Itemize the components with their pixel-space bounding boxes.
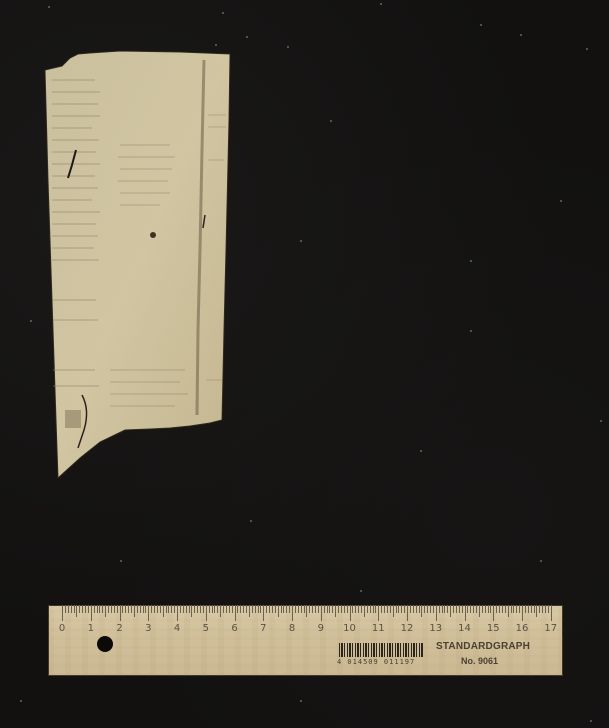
ruler-tick	[496, 605, 497, 613]
ruler-tick	[551, 605, 552, 621]
ruler-cm-label: 11	[368, 623, 388, 634]
ruler-tick	[396, 605, 397, 613]
ruler-tick	[453, 605, 454, 613]
ruler-tick	[545, 605, 546, 613]
ruler-tick	[488, 605, 489, 613]
ruler-tick	[232, 605, 233, 613]
ruler-tick	[298, 605, 299, 613]
ruler-tick	[212, 605, 213, 613]
ruler-tick	[513, 605, 514, 613]
ruler-tick	[539, 605, 540, 613]
ruler-tick	[430, 605, 431, 613]
ruler-tick	[511, 605, 512, 613]
ruler-cm-label: 15	[483, 623, 503, 634]
ruler-tick	[71, 605, 72, 613]
ruler-tick	[318, 605, 319, 613]
ruler-tick	[384, 605, 385, 613]
ruler-tick	[324, 605, 325, 613]
ruler-tick	[240, 605, 241, 613]
ruler-tick	[68, 605, 69, 613]
ruler-tick	[410, 605, 411, 613]
ruler-tick	[235, 605, 236, 621]
ruler-tick	[249, 605, 250, 617]
ruler-tick	[206, 605, 207, 621]
ruler-tick	[416, 605, 417, 613]
ruler-tick	[473, 605, 474, 613]
ruler-tick	[470, 605, 471, 613]
ruler-tick	[143, 605, 144, 613]
ruler-tick	[171, 605, 172, 613]
ruler-tick	[447, 605, 448, 613]
ruler-tick	[289, 605, 290, 613]
ruler-cm-label: 16	[512, 623, 532, 634]
barcode	[339, 643, 423, 657]
ruler-tick	[163, 605, 164, 617]
ruler-tick	[275, 605, 276, 613]
ruler-tick	[62, 605, 63, 621]
ruler-tick	[485, 605, 486, 613]
ruler-tick	[393, 605, 394, 617]
ruler-tick	[450, 605, 451, 617]
ruler-tick	[525, 605, 526, 613]
ruler-tick	[99, 605, 100, 613]
ruler-tick	[424, 605, 425, 613]
ruler-tick	[332, 605, 333, 613]
ruler-tick	[364, 605, 365, 617]
ruler-tick	[370, 605, 371, 613]
ruler-tick	[439, 605, 440, 613]
ruler-tick	[94, 605, 95, 613]
ruler-tick	[258, 605, 259, 613]
ruler-cm-label: 17	[541, 623, 561, 634]
ruler-tick	[390, 605, 391, 613]
ruler-tick	[209, 605, 210, 613]
ruler-model-number: No. 9061	[461, 656, 498, 666]
ruler-tick	[522, 605, 523, 621]
ruler-tick	[465, 605, 466, 621]
ruler-tick	[398, 605, 399, 613]
ruler-tick	[191, 605, 192, 617]
ruler-tick	[456, 605, 457, 613]
ruler-tick	[79, 605, 80, 613]
ruler-tick	[476, 605, 477, 613]
ruler-tick	[350, 605, 351, 621]
ruler-tick	[378, 605, 379, 621]
ruler-tick	[151, 605, 152, 613]
ruler-tick	[140, 605, 141, 613]
ruler-tick	[145, 605, 146, 613]
ruler-tick	[444, 605, 445, 613]
ruler-cm-label: 0	[52, 623, 72, 634]
ruler-tick	[214, 605, 215, 613]
ruler-tick	[186, 605, 187, 613]
ruler-tick	[197, 605, 198, 613]
ruler-cm-label: 6	[225, 623, 245, 634]
ruler-cm-label: 8	[282, 623, 302, 634]
ruler-tick	[373, 605, 374, 613]
ruler-tick	[490, 605, 491, 613]
ruler-tick	[367, 605, 368, 613]
ruler-tick	[117, 605, 118, 613]
ruler-tick	[341, 605, 342, 613]
ruler-tick	[148, 605, 149, 621]
ruler-cm-label: 7	[253, 623, 273, 634]
ruler-tick	[335, 605, 336, 617]
ruler-tick	[413, 605, 414, 613]
ruler-tick	[183, 605, 184, 613]
ruler-tick	[459, 605, 460, 613]
ruler-tick	[194, 605, 195, 613]
ruler-tick	[82, 605, 83, 613]
ruler-tick	[531, 605, 532, 613]
ruler-tick	[312, 605, 313, 613]
ruler-tick	[381, 605, 382, 613]
ruler-tick	[88, 605, 89, 613]
ruler-tick	[243, 605, 244, 613]
ruler-tick	[375, 605, 376, 613]
ruler-tick	[180, 605, 181, 613]
ruler-tick	[125, 605, 126, 613]
ruler-tick	[304, 605, 305, 613]
ruler-tick	[102, 605, 103, 613]
ruler-tick	[166, 605, 167, 613]
ruler-tick	[246, 605, 247, 613]
ruler-tick	[387, 605, 388, 613]
ruler-tick	[321, 605, 322, 621]
ruler-cm-label: 10	[340, 623, 360, 634]
ruler-tick	[269, 605, 270, 613]
ruler-cm-label: 4	[167, 623, 187, 634]
ruler-tick	[105, 605, 106, 617]
ruler-tick	[255, 605, 256, 613]
barcode-number: 4 014509 011197	[337, 658, 415, 666]
ruler-tick	[519, 605, 520, 613]
ruler-tick	[203, 605, 204, 613]
ruler-tick	[237, 605, 238, 613]
ruler-tick	[278, 605, 279, 617]
ruler-hang-hole	[97, 636, 113, 652]
ruler-tick	[436, 605, 437, 621]
ruler-tick	[347, 605, 348, 613]
ruler-tick	[327, 605, 328, 613]
ruler-tick	[338, 605, 339, 613]
ruler-tick	[301, 605, 302, 613]
ruler-tick	[292, 605, 293, 621]
ruler-cm-label: 3	[138, 623, 158, 634]
ruler-tick	[329, 605, 330, 613]
ruler-tick	[122, 605, 123, 613]
ruler-tick	[177, 605, 178, 621]
ruler-cm-label: 5	[196, 623, 216, 634]
ruler-cm-label: 9	[311, 623, 331, 634]
ruler-tick	[516, 605, 517, 613]
ruler-tick	[157, 605, 158, 613]
ruler-tick	[272, 605, 273, 613]
ruler-tick	[286, 605, 287, 613]
ruler-tick	[306, 605, 307, 617]
ruler-tick	[260, 605, 261, 613]
ruler-tick	[189, 605, 190, 613]
ruler-tick	[479, 605, 480, 617]
ruler-tick	[534, 605, 535, 613]
ruler-tick	[502, 605, 503, 613]
ruler-tick	[419, 605, 420, 613]
ruler-tick	[154, 605, 155, 613]
ruler-tick	[91, 605, 92, 621]
ruler-tick	[427, 605, 428, 613]
ruler-cm-label: 12	[397, 623, 417, 634]
ruler-tick	[462, 605, 463, 613]
ruler-tick	[223, 605, 224, 613]
ruler-tick	[542, 605, 543, 613]
ruler-tick	[200, 605, 201, 613]
ruler-tick	[85, 605, 86, 613]
ruler-tick	[252, 605, 253, 613]
ruler-tick	[134, 605, 135, 617]
ruler-tick	[217, 605, 218, 613]
ruler-tick	[401, 605, 402, 613]
ruler-tick	[281, 605, 282, 613]
ruler-tick	[226, 605, 227, 613]
ruler-tick	[220, 605, 221, 617]
ruler-tick	[168, 605, 169, 613]
ruler-tick	[352, 605, 353, 613]
ruler-tick	[229, 605, 230, 613]
ruler-cm-label: 1	[81, 623, 101, 634]
ruler-tick	[344, 605, 345, 613]
scale-ruler: 01234567891011121314151617 4 014509 0111…	[48, 605, 563, 676]
ruler-tick	[74, 605, 75, 613]
ruler-tick	[499, 605, 500, 613]
ruler-tick	[263, 605, 264, 621]
ruler-tick	[97, 605, 98, 613]
ruler-tick	[358, 605, 359, 613]
ruler-tick	[355, 605, 356, 613]
ruler-tick	[295, 605, 296, 613]
ruler-cm-label: 2	[110, 623, 130, 634]
ruler-tick	[114, 605, 115, 613]
ruler-tick	[548, 605, 549, 613]
ruler-tick	[137, 605, 138, 613]
ruler-tick	[421, 605, 422, 617]
ruler-tick	[76, 605, 77, 617]
ruler-tick	[467, 605, 468, 613]
ruler-tick	[536, 605, 537, 617]
ruler-tick	[65, 605, 66, 613]
ruler-tick	[108, 605, 109, 613]
ruler-tick	[361, 605, 362, 613]
ruler-tick	[407, 605, 408, 621]
ruler-tick	[315, 605, 316, 613]
ruler-cm-label: 14	[455, 623, 475, 634]
ruler-tick	[482, 605, 483, 613]
ruler-tick	[120, 605, 121, 621]
ruler-tick	[266, 605, 267, 613]
ruler-tick	[283, 605, 284, 613]
ruler-tick	[128, 605, 129, 613]
ruler-tick	[508, 605, 509, 617]
ruler-tick	[528, 605, 529, 613]
ruler-brand: STANDARDGRAPH	[436, 641, 530, 652]
ruler-tick	[493, 605, 494, 621]
ruler-tick	[404, 605, 405, 613]
ruler-tick	[433, 605, 434, 613]
ruler-tick	[131, 605, 132, 613]
ruler-tick	[309, 605, 310, 613]
ruler-cm-label: 13	[426, 623, 446, 634]
ruler-tick	[174, 605, 175, 613]
ruler-tick	[160, 605, 161, 613]
ruler-tick	[111, 605, 112, 613]
ruler-tick	[505, 605, 506, 613]
ruler-tick	[442, 605, 443, 613]
